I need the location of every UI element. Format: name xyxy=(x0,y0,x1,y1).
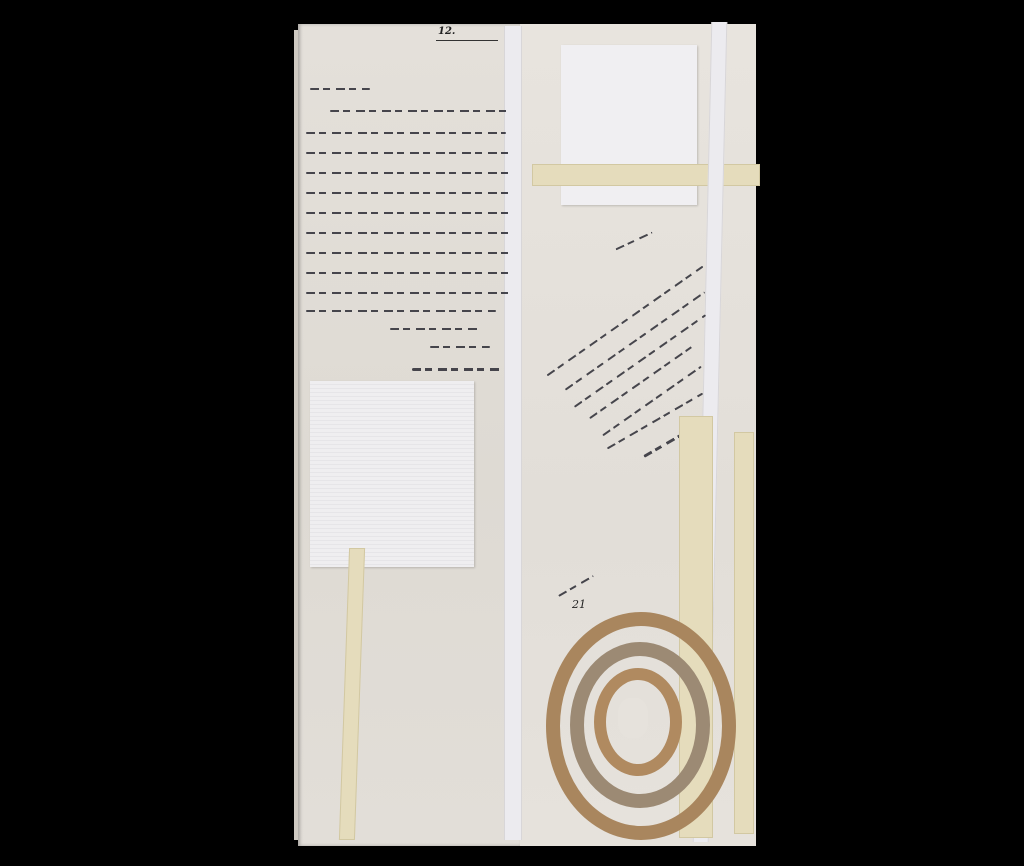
center-white-strip xyxy=(504,26,522,840)
small-note-number: 21 xyxy=(572,598,586,611)
right-cream-strip-2 xyxy=(734,432,754,834)
left-white-card xyxy=(310,381,474,567)
cardboard-spiral xyxy=(546,612,736,840)
signature xyxy=(412,368,502,371)
header-note: 12. xyxy=(438,26,455,37)
header-underline xyxy=(436,40,498,41)
artwork-photo: 12. 21 xyxy=(0,0,1024,866)
right-horizontal-cream-strip xyxy=(532,164,760,186)
